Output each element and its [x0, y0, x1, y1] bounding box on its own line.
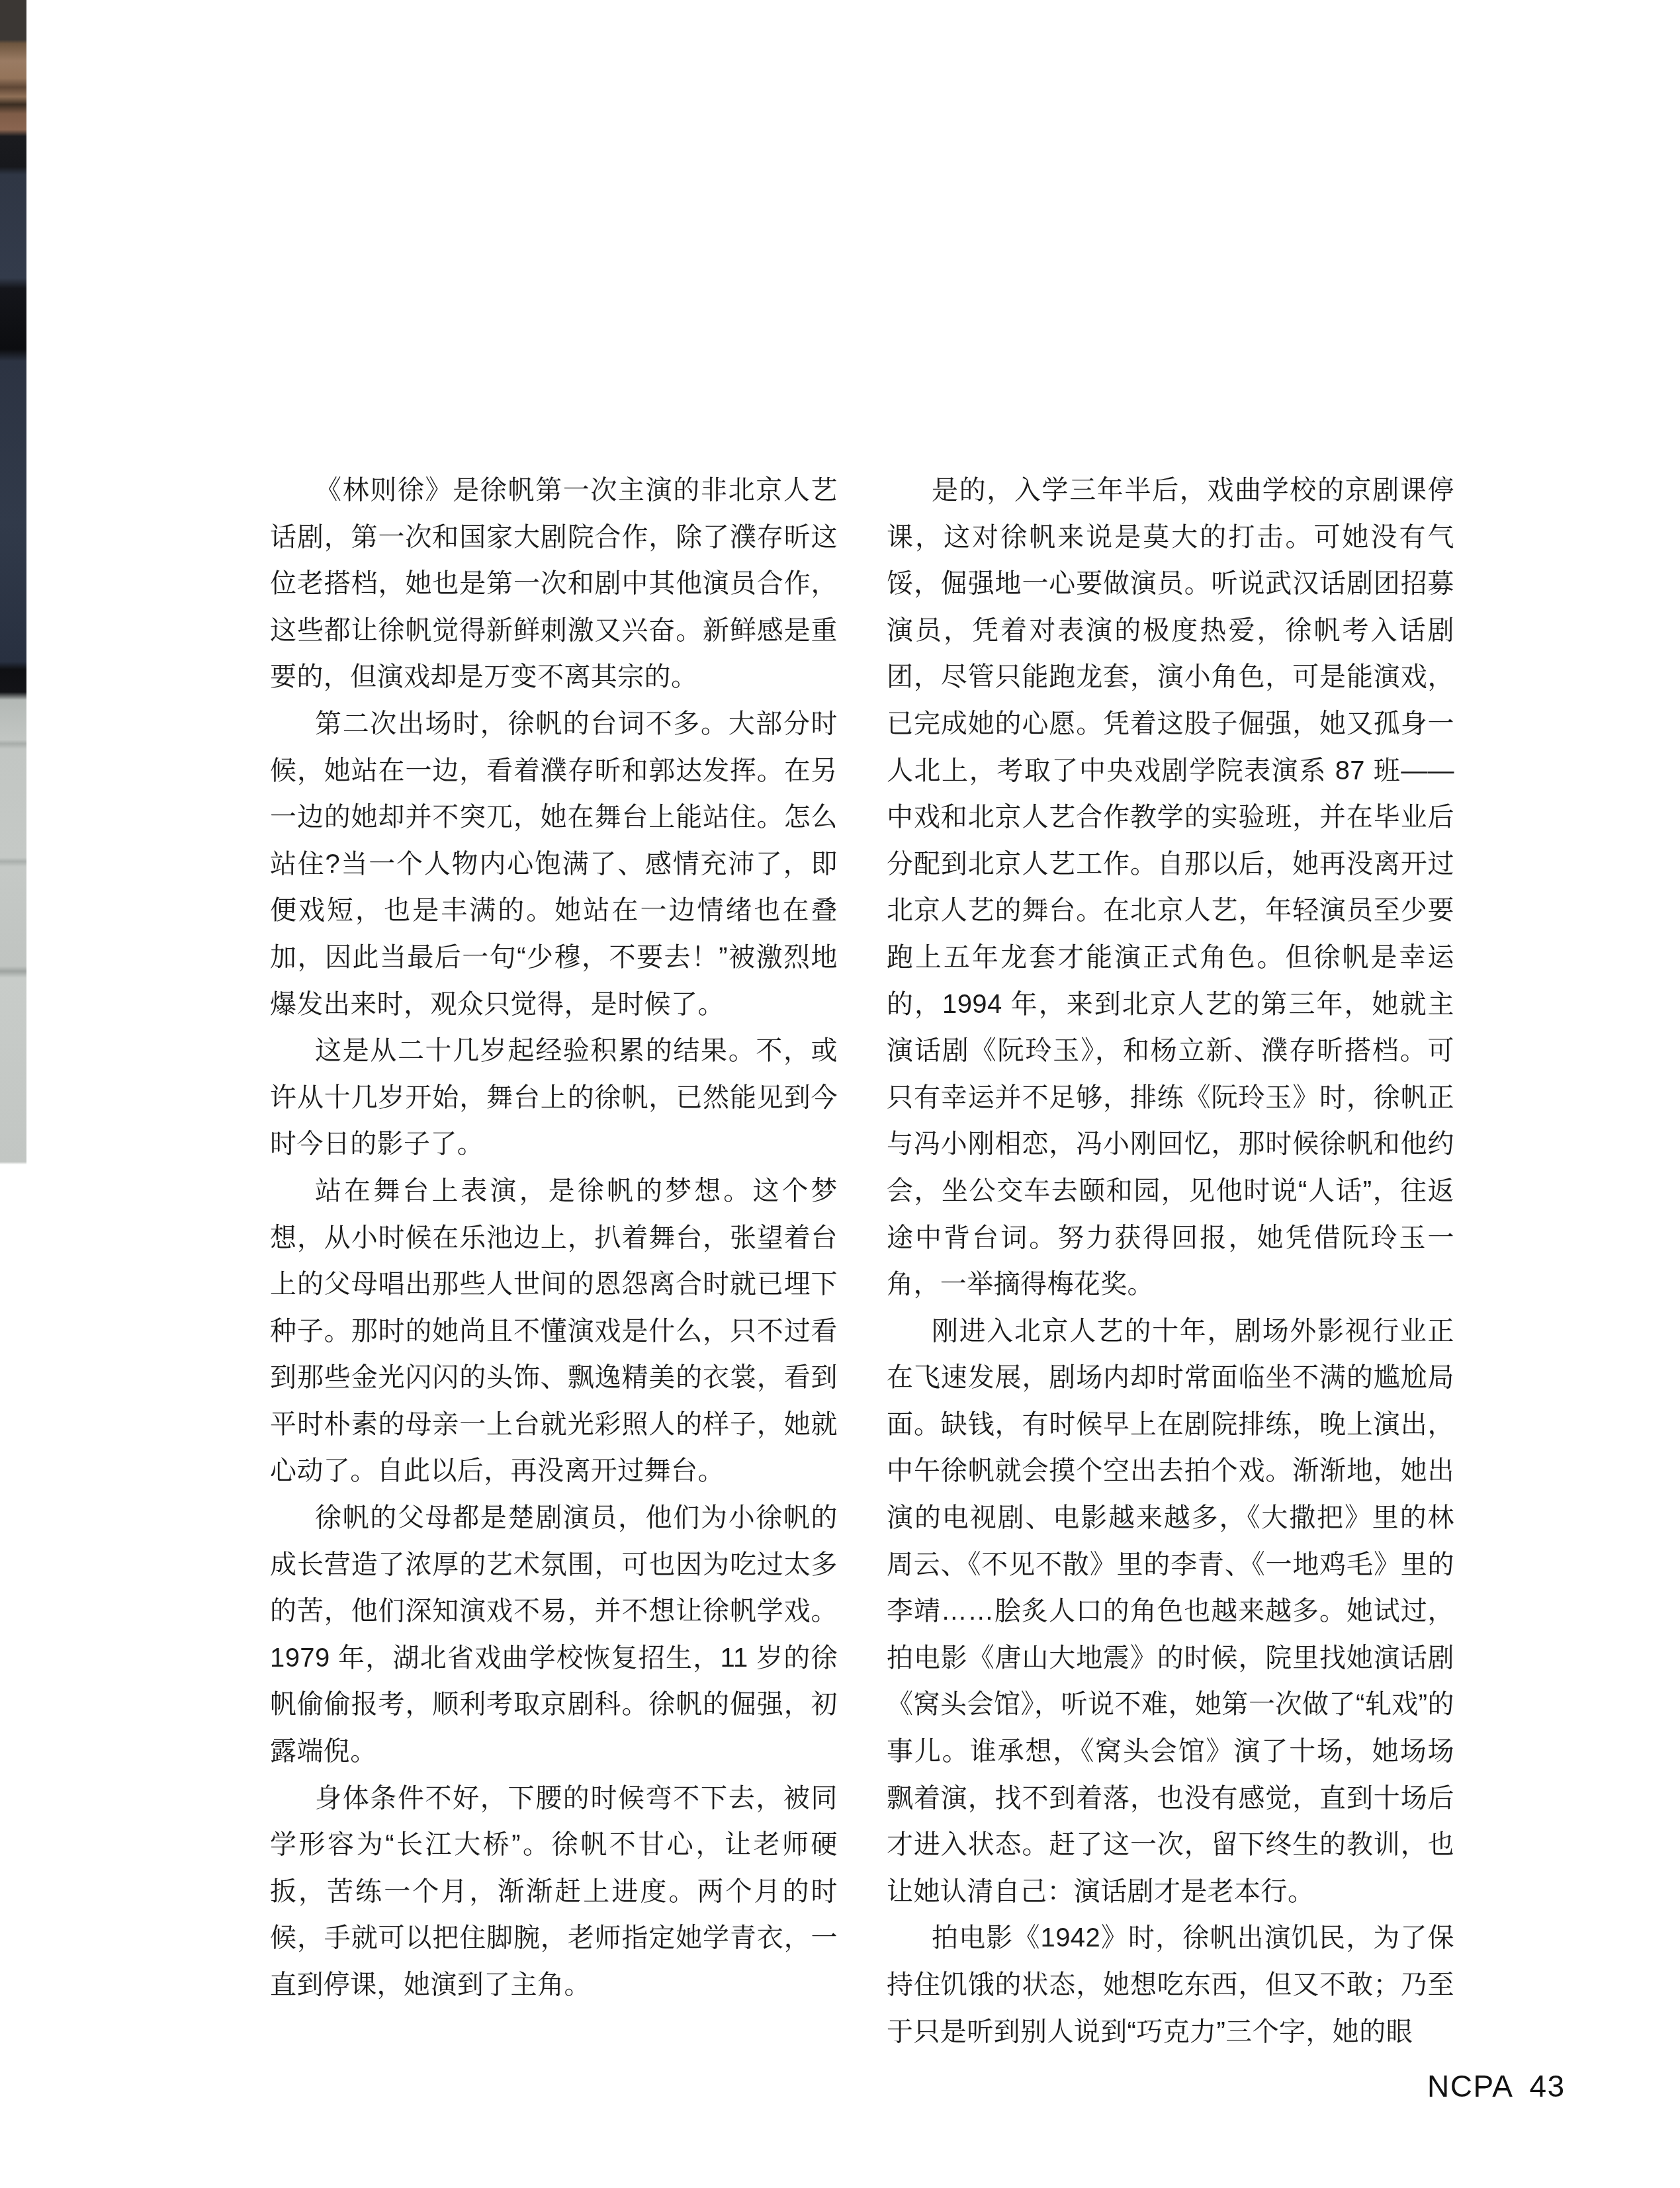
paragraph: 徐帆的父母都是楚剧演员，他们为小徐帆的成长营造了浓厚的艺术氛围，可也因为吃过太多…: [270, 1495, 838, 1775]
article-body: 《林则徐》是徐帆第一次主演的非北京人艺话剧，第一次和国家大剧院合作，除了濮存昕这…: [270, 467, 1454, 2055]
page-footer: NCPA 43: [1427, 2068, 1566, 2104]
paragraph: 《林则徐》是徐帆第一次主演的非北京人艺话剧，第一次和国家大剧院合作，除了濮存昕这…: [270, 467, 838, 701]
article-column-right: 是的，入学三年半后，戏曲学校的京剧课停课，这对徐帆来说是莫大的打击。可她没有气馁…: [887, 467, 1454, 2055]
paragraph: 站在舞台上表演，是徐帆的梦想。这个梦想，从小时候在乐池边上，扒着舞台，张望着台上…: [270, 1168, 838, 1495]
paragraph: 这是从二十几岁起经验积累的结果。不，或许从十几岁开始，舞台上的徐帆，已然能见到今…: [270, 1028, 838, 1168]
paragraph: 是的，入学三年半后，戏曲学校的京剧课停课，这对徐帆来说是莫大的打击。可她没有气馁…: [887, 467, 1454, 1308]
left-page-photo-bleed: [0, 0, 26, 1166]
article-column-left: 《林则徐》是徐帆第一次主演的非北京人艺话剧，第一次和国家大剧院合作，除了濮存昕这…: [270, 467, 838, 2055]
paragraph: 身体条件不好，下腰的时候弯不下去，被同学形容为“长江大桥”。徐帆不甘心，让老师硬…: [270, 1775, 838, 2009]
page-number: 43: [1529, 2068, 1565, 2104]
paragraph: 第二次出场时，徐帆的台词不多。大部分时候，她站在一边，看着濮存昕和郭达发挥。在另…: [270, 701, 838, 1028]
magazine-logo: NCPA: [1427, 2068, 1513, 2104]
paragraph: 拍电影《1942》时，徐帆出演饥民，为了保持住饥饿的状态，她想吃东西，但又不敢；…: [887, 1915, 1454, 2055]
paragraph: 刚进入北京人艺的十年，剧场外影视行业正在飞速发展，剧场内却时常面临坐不满的尴尬局…: [887, 1308, 1454, 1915]
